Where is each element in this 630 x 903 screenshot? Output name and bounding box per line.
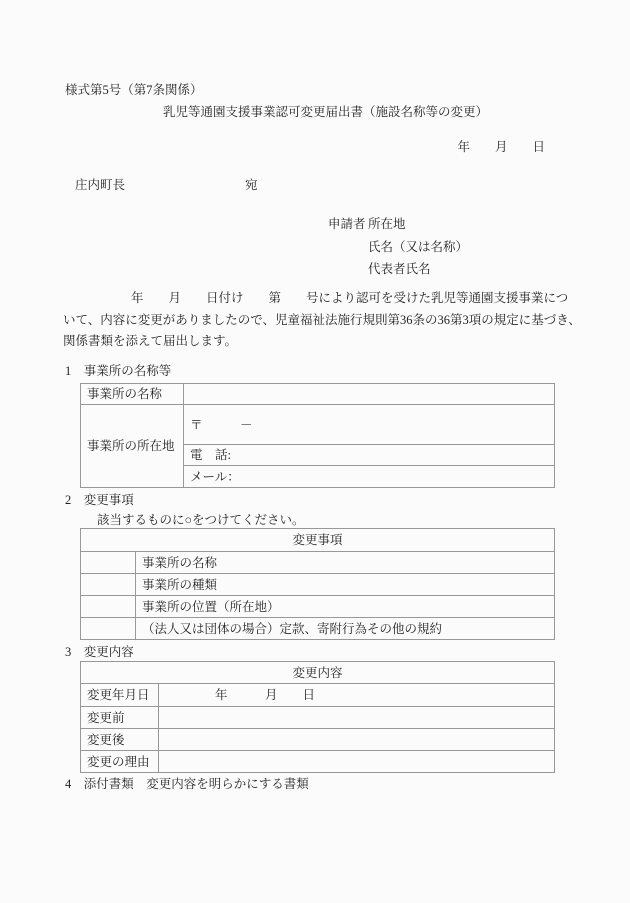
phone-cell[interactable]: 電 話: xyxy=(184,445,555,466)
postal-code-cell[interactable]: 〒 － xyxy=(184,405,555,445)
section2-note: 該当するものに○をつけてください。 xyxy=(97,512,305,529)
change-item-label: 事業所の名称 xyxy=(136,552,555,574)
document-title: 乳児等通園支援事業認可変更届出書（施設名称等の変更） xyxy=(163,104,488,121)
change-before-label: 変更前 xyxy=(81,707,159,729)
addressee-name: 庄内町長 xyxy=(75,177,125,194)
change-item-label: （法人又は団体の場合）定款、寄附行為その他の規約 xyxy=(136,618,555,640)
body-paragraph-line-2: いて、内容に変更がありましたので、児童福祉法施行規則第36条の36第3項の規定に… xyxy=(63,312,581,329)
change-items-header: 変更事項 xyxy=(81,529,555,552)
change-date-input-cell[interactable]: 年 月 日 xyxy=(159,684,555,707)
body-paragraph-line-1: 年 月 日付け 第 号により認可を受けた乳児等通園支援事業につ xyxy=(63,290,568,307)
change-before-input-cell[interactable] xyxy=(159,707,555,729)
change-after-label: 変更後 xyxy=(81,729,159,751)
section2-heading: 2 変更事項 xyxy=(65,492,134,509)
applicant-address-label: 所在地 xyxy=(368,216,406,233)
office-name-label: 事業所の名称 xyxy=(81,384,184,405)
change-details-header: 変更内容 xyxy=(81,662,555,684)
circle-mark-cell[interactable] xyxy=(81,552,136,574)
change-items-table: 変更事項 事業所の名称 事業所の種類 事業所の位置（所在地） （法人又は団体の場… xyxy=(80,528,555,640)
circle-mark-cell[interactable] xyxy=(81,618,136,640)
change-reason-input-cell[interactable] xyxy=(159,751,555,773)
applicant-representative-label: 代表者氏名 xyxy=(368,261,431,278)
section4-attachments-line: 4 添付書類 変更内容を明らかにする書類 xyxy=(65,776,309,793)
change-item-label: 事業所の種類 xyxy=(136,574,555,596)
office-info-table: 事業所の名称 事業所の所在地 〒 － 電 話: メール： xyxy=(80,383,555,488)
change-date-label: 変更年月日 xyxy=(81,684,159,707)
addressee-suffix: 宛 xyxy=(245,177,258,194)
document-page: 様式第5号（第7条関係） 乳児等通園支援事業認可変更届出書（施設名称等の変更） … xyxy=(0,0,630,903)
office-name-input-cell[interactable] xyxy=(184,384,555,405)
change-details-table: 変更内容 変更年月日 年 月 日 変更前 変更後 変更の理由 xyxy=(80,661,555,773)
section1-heading: 1 事業所の名称等 xyxy=(65,363,171,380)
section3-heading: 3 変更内容 xyxy=(65,644,134,661)
form-number: 様式第5号（第7条関係） xyxy=(65,82,203,99)
body-paragraph-line-3: 関係書類を添えて届出します。 xyxy=(63,333,237,350)
change-reason-label: 変更の理由 xyxy=(81,751,159,773)
mail-cell[interactable]: メール： xyxy=(184,466,555,488)
circle-mark-cell[interactable] xyxy=(81,574,136,596)
office-address-label: 事業所の所在地 xyxy=(81,405,184,488)
issue-date-line: 年 月 日 xyxy=(457,139,545,156)
change-after-input-cell[interactable] xyxy=(159,729,555,751)
change-item-label: 事業所の位置（所在地） xyxy=(136,596,555,618)
applicant-name-label: 氏名（又は名称） xyxy=(368,239,468,256)
applicant-label: 申請者 xyxy=(328,216,366,233)
circle-mark-cell[interactable] xyxy=(81,596,136,618)
